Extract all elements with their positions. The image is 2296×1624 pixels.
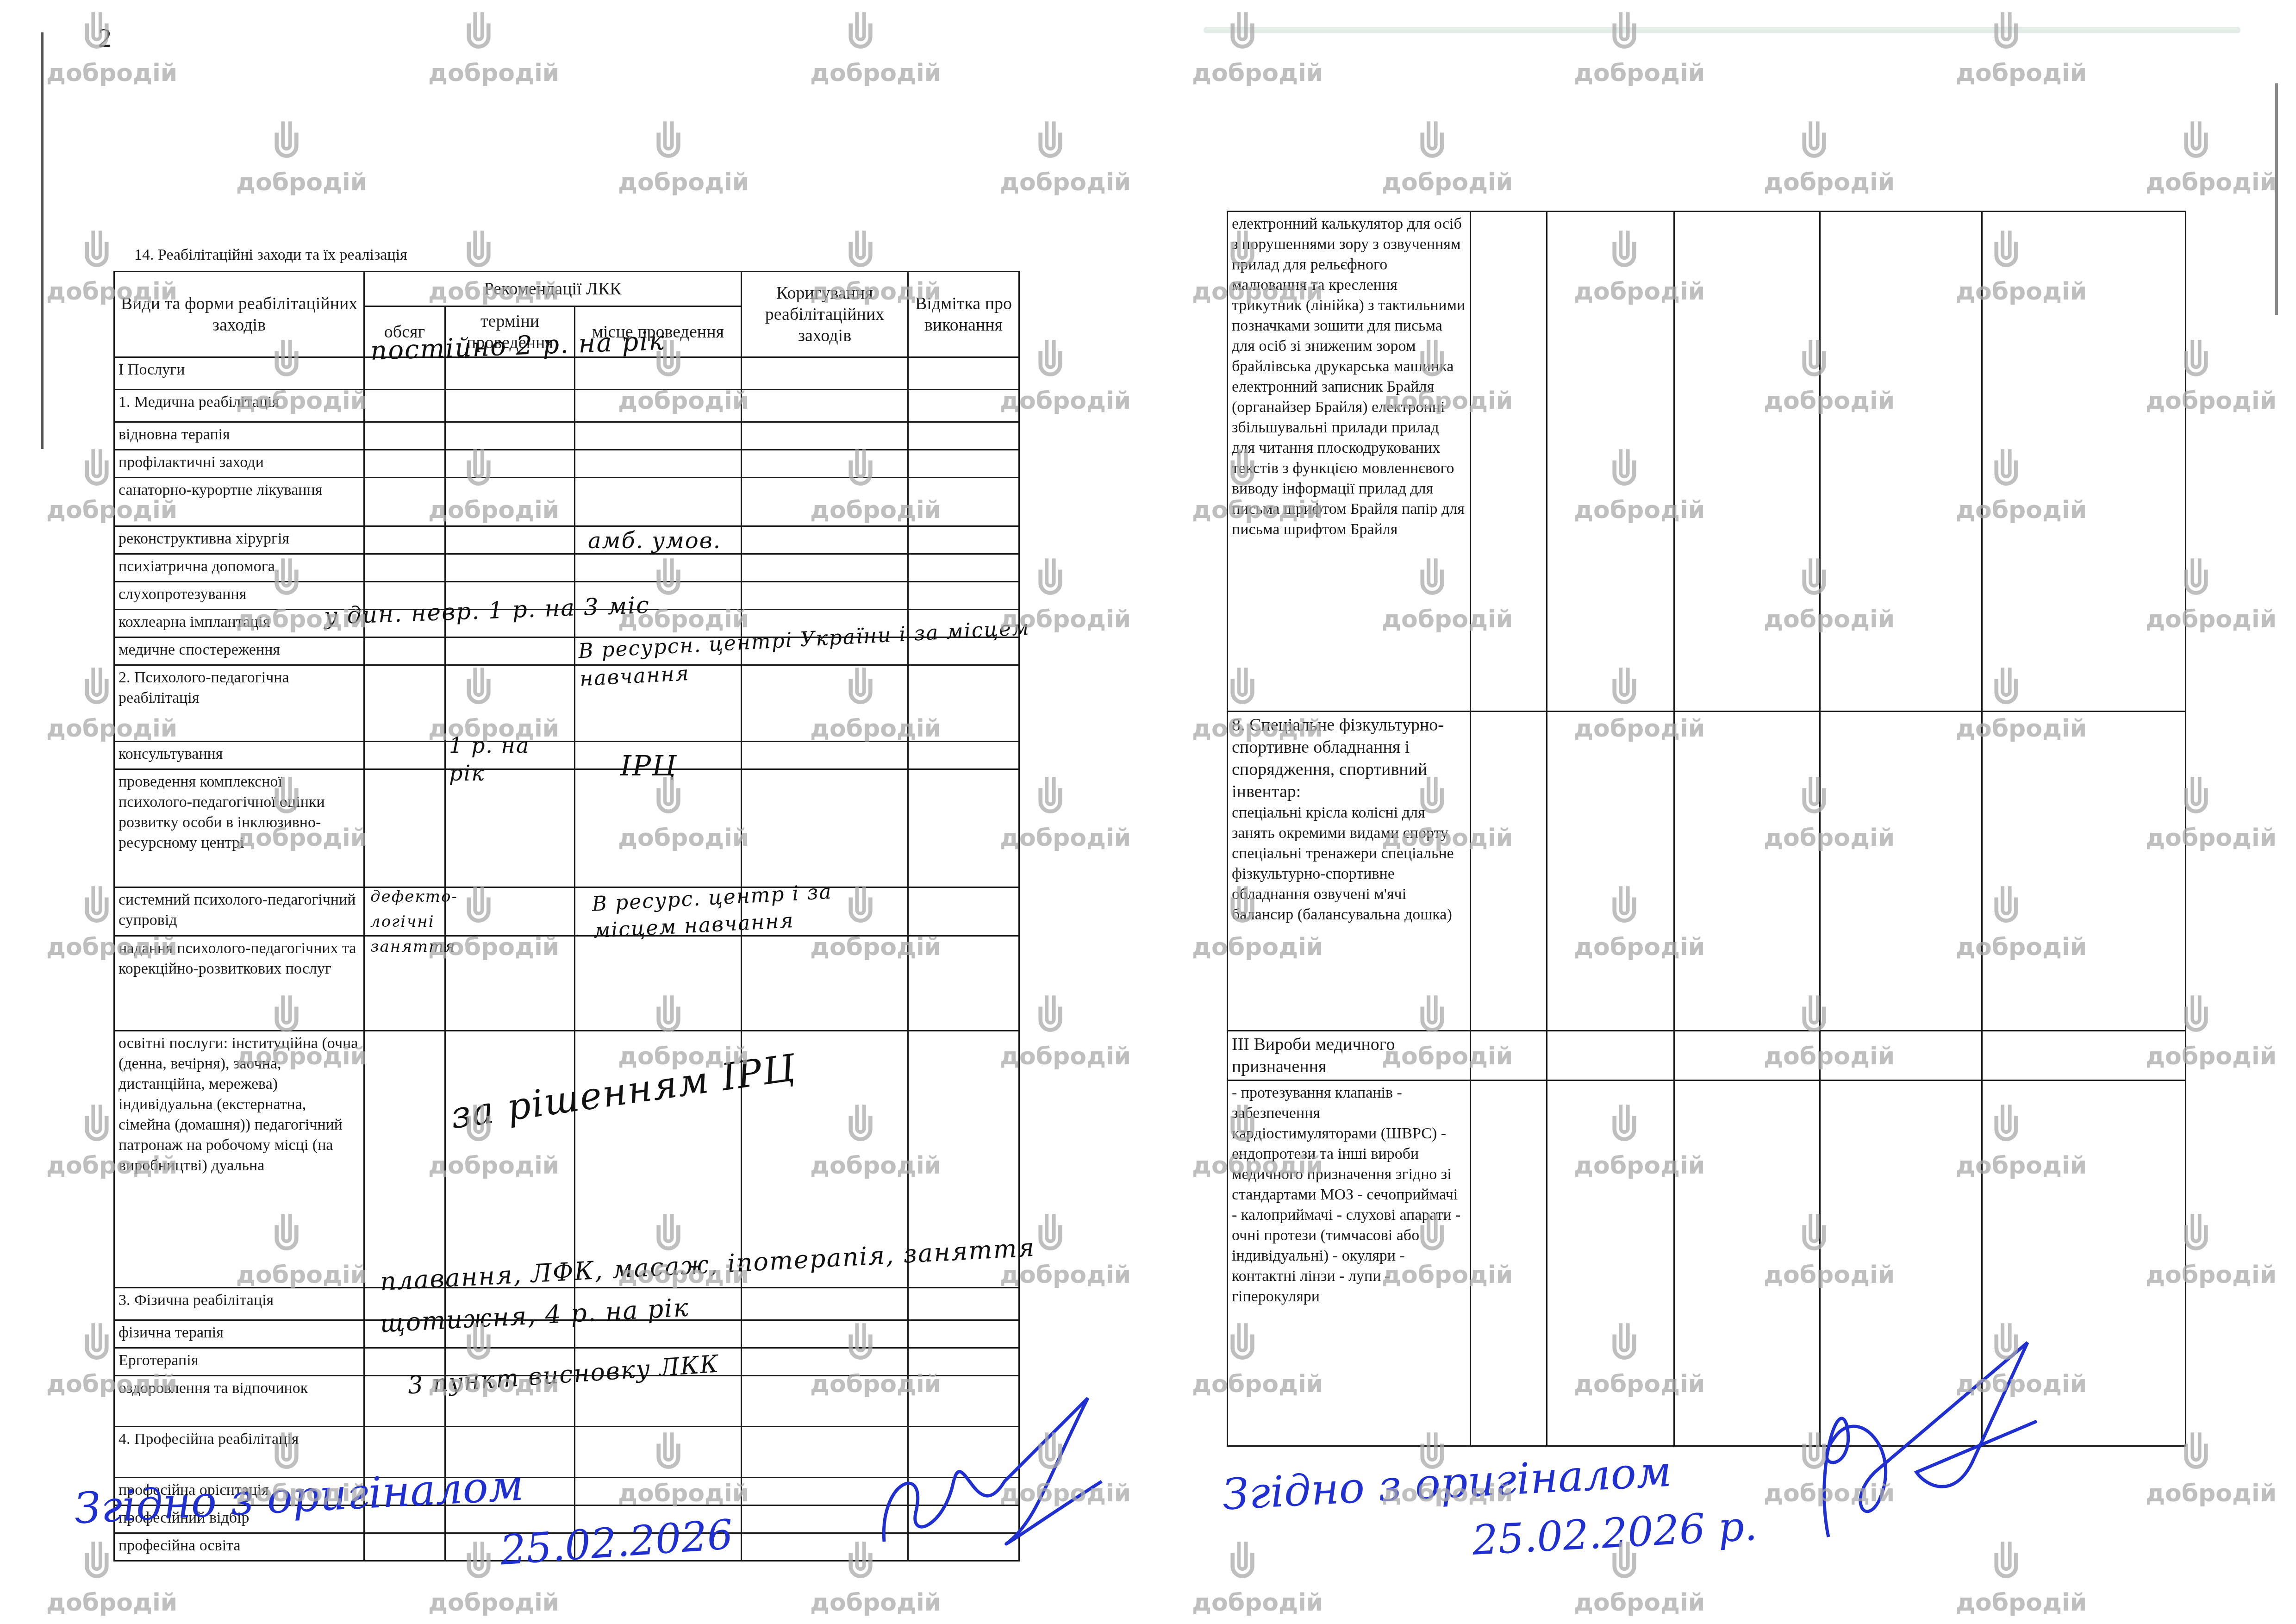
row-label: електронний калькулятор для осіб з поруш… [1228,212,1471,712]
watermark-text: добродій [1382,169,1513,196]
lkk-group-header: Рекомендації ЛКК [364,272,742,306]
table-cell [364,1533,445,1561]
table-cell [575,390,742,422]
table-row: санаторно-курортне лікування [114,478,1019,526]
row-label: професійна освіта [114,1533,364,1561]
row-label: профілактичні заходи [114,450,364,478]
table-cell [445,936,575,1031]
table-cell [908,887,1019,936]
table-row: надання психолого-педагогічних та корекц… [114,936,1019,1031]
table-cell [445,1031,575,1288]
table-cell [364,478,445,526]
row-label: 4. Професійна реабілітація [114,1427,364,1478]
section-title: 14. Реабілітаційні заходи та їх реалізац… [134,246,407,264]
table-cell [742,742,908,769]
handwriting-assessment-place: ІРЦ [620,750,677,782]
table-cell [908,742,1019,769]
row-label: психіатрична допомога [114,554,364,582]
signature-right [1796,1333,2055,1555]
table-cell [908,936,1019,1031]
table-row: ІІІ Вироби медичного призначення [1228,1031,2186,1081]
row-label: проведення комплексної психолого-педагог… [114,769,364,887]
table-cell [575,1427,742,1478]
col-types-header: Види та форми реабілітаційних заходів [114,272,364,357]
signature [870,1389,1111,1574]
table-cell [742,1348,908,1376]
table-cell [1547,212,1674,712]
table-cell [1471,1031,1547,1081]
table-cell [364,526,445,554]
row-label: 2. Психолого-педагогічна реабілітація [114,665,364,742]
table-cell [1982,1031,2186,1081]
table-cell [575,769,742,887]
table-cell [445,665,575,742]
table-row: проведення комплексної психолого-педагог… [114,769,1019,887]
table-cell [1547,1031,1674,1081]
table-cell [908,1320,1019,1348]
row-label: відновна терапія [114,422,364,450]
table-cell [742,422,908,450]
table-cell [742,1320,908,1348]
table-cell [1982,212,2186,712]
col-mark-header: Відмітка про виконання [908,272,1019,357]
row-label-text: 8. Спеціальне фізкультурно-спортивне обл… [1232,714,1466,803]
row-label: освітні послуги: інституційна (очна (ден… [114,1031,364,1288]
table-cell [742,1288,908,1320]
hand-logo-icon [2183,1430,2209,1471]
table-cell [1820,212,1982,712]
table-cell [575,554,742,582]
table-row: системний психолого-педагогічний супрові… [114,887,1019,936]
table-row: профілактичні заходи [114,450,1019,478]
row-label: консультування [114,742,364,769]
table-cell [742,936,908,1031]
table-cell [364,554,445,582]
handwriting-services-volume: дефекто-логічні заняття [370,884,444,959]
table-cell [742,769,908,887]
row-label: оздоровлення та відпочинок [114,1376,364,1427]
table-row: психіатрична допомога [114,554,1019,582]
table-cell [908,1288,1019,1320]
table-cell [908,478,1019,526]
table-cell [575,357,742,390]
row-label-text: ІІІ Вироби медичного призначення [1232,1033,1466,1078]
col-correction-header: Коригування реабілітаційних заходів [742,272,908,357]
table-cell [445,450,575,478]
table-cell [445,526,575,554]
left-page: 2 14. Реабілітаційні заходи та їх реаліз… [0,0,1148,1624]
table-row: реконструктивна хірургія [114,526,1019,554]
scan-edge-bar [1204,27,2240,33]
row-label: 8. Спеціальне фізкультурно-спортивне обл… [1228,712,1471,1031]
table-cell [364,637,445,665]
table-cell [1471,712,1547,1031]
table-cell [1982,712,2186,1031]
watermark-text: добродій [1192,59,1323,87]
table-cell [445,422,575,450]
table-cell [445,390,575,422]
row-label: 1. Медична реабілітація [114,390,364,422]
table-cell [575,478,742,526]
hand-logo-icon [1801,119,1828,160]
row-label-text: електронний калькулятор для осіб з поруш… [1232,214,1466,540]
row-sublabel-text: спеціальні крісла колісні для занять окр… [1232,803,1466,925]
table-cell [1547,1081,1674,1446]
table-cell [742,390,908,422]
table-row: консультування [114,742,1019,769]
table-cell [1820,712,1982,1031]
table-cell [742,357,908,390]
watermark-text: добродій [2146,169,2277,196]
watermark-text: добродій [1956,59,2087,87]
table-cell [1471,1081,1547,1446]
row-label: фізична терапія [114,1320,364,1348]
handwriting-psychiatric: амб. умов. [588,528,721,554]
table-cell [742,478,908,526]
table-cell [908,582,1019,610]
row-label: Ерготерапія [114,1348,364,1376]
table-cell [908,665,1019,742]
table-cell [364,450,445,478]
table-cell [1471,212,1547,712]
table-cell [575,422,742,450]
table-cell [364,390,445,422]
table-body-right: електронний калькулятор для осіб з поруш… [1228,212,2186,1446]
handwriting-assessment-terms: 1 р. на рік [449,731,551,787]
table-cell [742,526,908,554]
watermark-text: добродій [1574,1589,1705,1617]
hand-logo-icon [2183,119,2209,160]
page-number: 2 [98,22,112,53]
hand-logo-icon [2183,337,2209,379]
table-cell [908,390,1019,422]
table-cell [364,1031,445,1288]
hand-logo-icon [2183,556,2209,597]
table-cell [742,450,908,478]
table-cell [742,582,908,610]
table-cell [742,554,908,582]
table-cell [575,936,742,1031]
table-row: 1. Медична реабілітація [114,390,1019,422]
watermark-text: добродій [1574,59,1705,87]
table-cell [908,450,1019,478]
table-cell [908,1348,1019,1376]
table-cell [908,554,1019,582]
table-cell [1674,712,1820,1031]
table-cell [1674,212,1820,712]
watermark-text: добродій [1764,169,1895,196]
row-label: надання психолого-педагогічних та корекц… [114,936,364,1031]
hand-logo-icon [2183,993,2209,1034]
watermark-text: добродій [2146,1480,2277,1507]
table-row: електронний калькулятор для осіб з поруш… [1228,212,2186,712]
header-row-1: Види та форми реабілітаційних заходів Ре… [114,272,1019,306]
hand-logo-icon [1229,1539,1256,1580]
table-cell [575,1478,742,1505]
rehab-devices-table: електронний калькулятор для осіб з поруш… [1227,211,2186,1447]
table-cell [908,422,1019,450]
hand-logo-icon [2183,1211,2209,1253]
row-label: 3. Фізична реабілітація [114,1288,364,1320]
row-label: санаторно-курортне лікування [114,478,364,526]
row-label: медичне спостереження [114,637,364,665]
hand-logo-icon [2183,774,2209,816]
table-cell [364,665,445,742]
table-cell [908,769,1019,887]
table-cell [445,637,575,665]
table-row: 8. Спеціальне фізкультурно-спортивне обл… [1228,712,2186,1031]
table-cell [364,422,445,450]
row-label-text: - протезування клапанів - забезпечення к… [1232,1083,1466,1307]
row-label: реконструктивна хірургія [114,526,364,554]
table-cell [445,554,575,582]
table-cell [575,450,742,478]
table-cell [908,526,1019,554]
binder-edge [41,32,44,449]
table-row: І Послуги [114,357,1019,390]
table-cell [1820,1031,1982,1081]
watermark-text: добродій [1192,1589,1323,1617]
watermark-text: добродій [1956,1589,2087,1617]
certification-text-right: Згідно з оригіналом [1221,1447,1673,1520]
hand-logo-icon [1419,119,1446,160]
row-label: системний психолого-педагогічний супрові… [114,887,364,936]
table-cell [445,887,575,936]
table-cell [364,769,445,887]
table-cell [908,357,1019,390]
row-label: ІІІ Вироби медичного призначення [1228,1031,1471,1081]
binder-edge-right [2275,83,2278,315]
row-label: І Послуги [114,357,364,390]
table-cell [364,742,445,769]
row-label: - протезування клапанів - забезпечення к… [1228,1081,1471,1446]
table-cell [1674,1031,1820,1081]
table-cell [445,478,575,526]
table-cell [1547,712,1674,1031]
table-row: відновна терапія [114,422,1019,450]
certification-date-right: 25.02.2026 р. [1471,1502,1759,1564]
